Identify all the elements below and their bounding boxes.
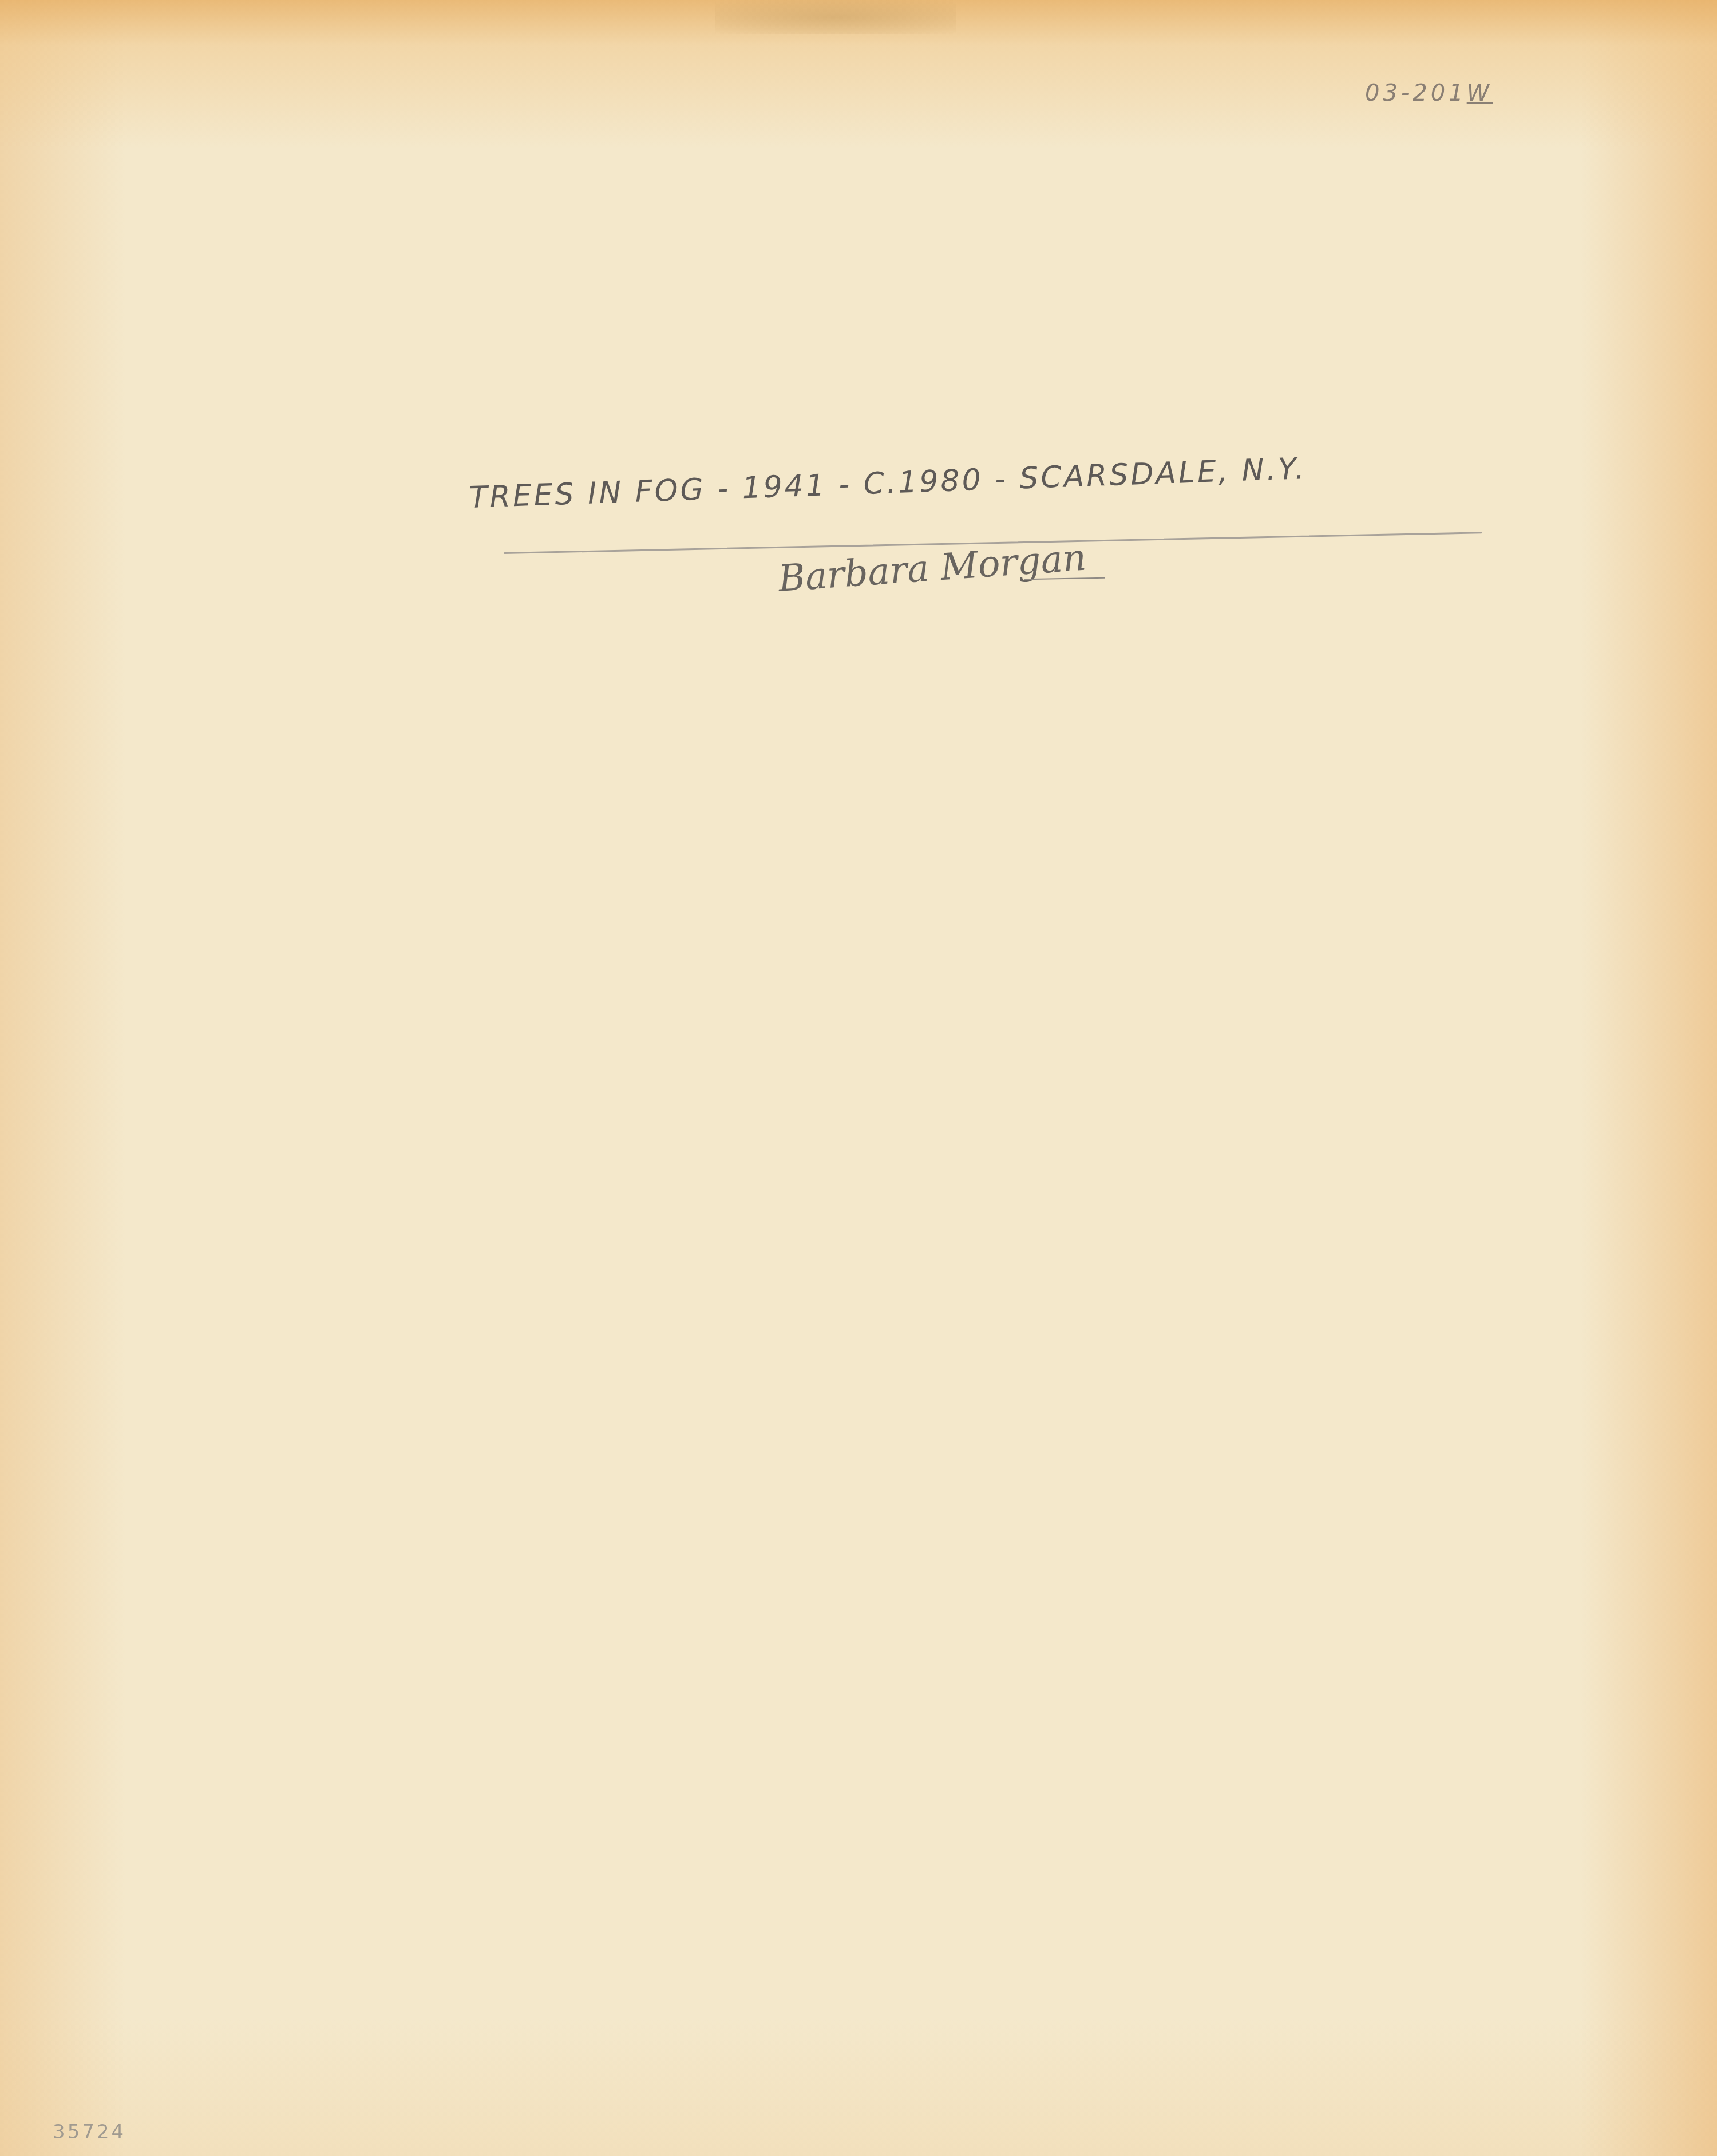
inventory-number-bottom: 35724 xyxy=(53,2121,126,2143)
inventory-number-prefix: 03-201 xyxy=(1365,80,1467,106)
paper-background xyxy=(0,0,1717,2156)
inventory-number-suffix: W xyxy=(1467,80,1493,106)
inventory-number-top: 03-201W xyxy=(1365,80,1493,106)
top-edge-stain xyxy=(715,0,956,34)
